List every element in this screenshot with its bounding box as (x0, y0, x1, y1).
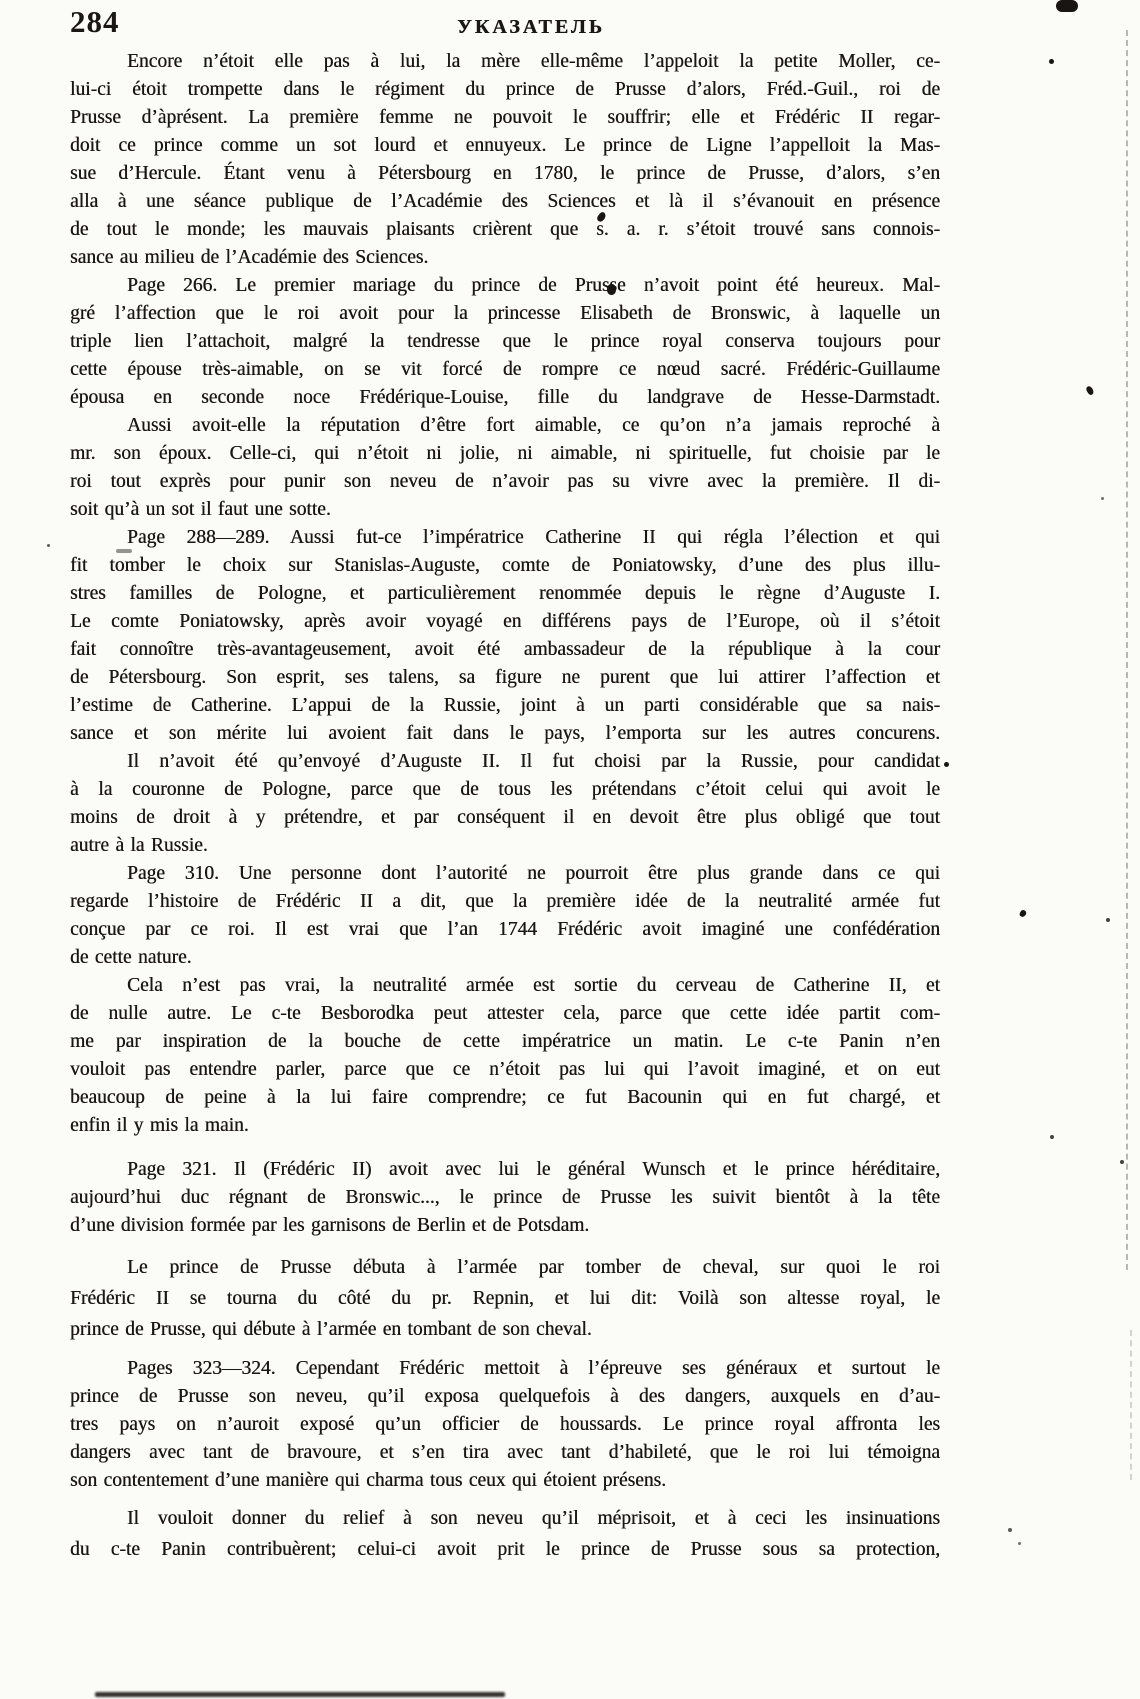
text-line: à la couronne de Pologne, parce que de t… (70, 776, 940, 804)
text-line: vouloit pas entendre parler, parce que c… (70, 1056, 940, 1084)
text-line: regarde l’histoire de Frédéric II a dit,… (70, 888, 940, 916)
text-line: d’une division formée par les garnisons … (70, 1212, 940, 1240)
text-line: épousa en seconde noce Frédérique-Louise… (70, 384, 940, 412)
text-line: Pages 323—324. Cependant Frédéric mettoi… (70, 1355, 940, 1383)
text-line: conçue par ce roi. Il est vrai que l’an … (70, 916, 940, 944)
scan-speck (1019, 909, 1027, 918)
text-line: fit tomber le choix sur Stanislas-August… (70, 552, 940, 580)
paragraph: Le prince de Prusse débuta à l’armée par… (70, 1252, 940, 1345)
text-block: Encore n’étoit elle pas à lui, la mère e… (70, 48, 940, 1565)
text-line: tres pays on n’auroit exposé qu’un offic… (70, 1411, 940, 1439)
scan-edge-line (1126, 30, 1128, 1270)
text-line: triple lien l’attachoit, malgré la tendr… (70, 328, 940, 356)
text-line: Aussi avoit-elle la réputation d’être fo… (70, 412, 940, 440)
scan-edge-line (1130, 1330, 1132, 1480)
text-line: lui-ci étoit trompette dans le régiment … (70, 76, 940, 104)
text-line: prince de Prusse, qui débute à l’armée e… (70, 1314, 940, 1345)
text-line: aujourd’hui duc régnant de Bronswic..., … (70, 1184, 940, 1212)
scan-speck (1018, 1542, 1021, 1545)
scan-smudge (95, 1692, 505, 1697)
text-line: autre à la Russie. (70, 832, 940, 860)
text-line: Le comte Poniatowsky, après avoir voyagé… (70, 608, 940, 636)
text-line: sance au milieu de l’Académie des Scienc… (70, 244, 940, 272)
scan-speck (1120, 1160, 1124, 1164)
text-line: Page 321. Il (Frédéric II) avoit avec lu… (70, 1156, 940, 1184)
scan-speck (1056, 0, 1078, 12)
paragraph: Page 266. Le premier mariage du prince d… (70, 272, 940, 412)
scan-speck (1101, 497, 1104, 500)
running-title: УКАЗАТЕЛЬ (457, 16, 605, 39)
text-line: de cette nature. (70, 944, 940, 972)
scan-speck (1008, 1528, 1012, 1532)
scan-speck (47, 544, 50, 547)
text-line: alla à une séance publique de l’Académie… (70, 188, 940, 216)
paragraph: Page 321. Il (Frédéric II) avoit avec lu… (70, 1156, 940, 1240)
paragraph: Il n’avoit été qu’envoyé d’Auguste II. I… (70, 748, 940, 860)
text-line: enfin il y mis la main. (70, 1112, 940, 1140)
text-line: Page 288—289. Aussi fut-ce l’impératrice… (70, 524, 940, 552)
text-line: prince de Prusse son neveu, qu’il exposa… (70, 1383, 940, 1411)
text-line: Page 310. Une personne dont l’autorité n… (70, 860, 940, 888)
text-line: sue d’Hercule. Étant venu à Pétersbourg … (70, 160, 940, 188)
text-line: de Pétersbourg. Son esprit, ses talens, … (70, 664, 940, 692)
text-line: de nulle autre. Le c-te Besborodka peut … (70, 1000, 940, 1028)
text-line: son contentement d’une manière qui charm… (70, 1467, 940, 1495)
text-line: stres familles de Pologne, et particuliè… (70, 580, 940, 608)
text-line: beaucoup de peine à la lui faire compren… (70, 1084, 940, 1112)
scan-speck (116, 549, 132, 553)
paragraph: Pages 323—324. Cependant Frédéric mettoi… (70, 1355, 940, 1495)
paragraph: Cela n’est pas vrai, la neutralité armée… (70, 972, 940, 1140)
text-line: roi tout exprès pour punir son neveu de … (70, 468, 940, 496)
text-line: me par inspiration de la bouche de cette… (70, 1028, 940, 1056)
text-line: soit qu’à un sot il faut une sotte. (70, 496, 940, 524)
paragraph: Il vouloit donner du relief à son neveu … (70, 1503, 940, 1565)
text-line: l’estime de Catherine. L’appui de la Rus… (70, 692, 940, 720)
text-line: de tout le monde; les mauvais plaisants … (70, 216, 940, 244)
text-line: sance et son mérite lui avoient fait dan… (70, 720, 940, 748)
text-line: mr. son époux. Celle-ci, qui n’étoit ni … (70, 440, 940, 468)
text-line: Encore n’étoit elle pas à lui, la mère e… (70, 48, 940, 76)
scan-speck (1106, 918, 1110, 922)
text-line: Prusse d’àprésent. La première femme ne … (70, 104, 940, 132)
text-line: dangers avec tant de bravoure, et s’en t… (70, 1439, 940, 1467)
paragraph: Encore n’étoit elle pas à lui, la mère e… (70, 48, 940, 272)
text-line: doit ce prince comme un sot lourd et enn… (70, 132, 940, 160)
text-line: du c-te Panin contribuèrent; celui-ci av… (70, 1534, 940, 1565)
paragraph: Page 288—289. Aussi fut-ce l’impératrice… (70, 524, 940, 748)
text-line: Cela n’est pas vrai, la neutralité armée… (70, 972, 940, 1000)
page-number: 284 (70, 4, 120, 40)
text-line: fait connoître très-avantageusement, avo… (70, 636, 940, 664)
scan-speck (1049, 59, 1054, 64)
scan-speck (1050, 1135, 1054, 1139)
text-line: moins de droit à y prétendre, et par con… (70, 804, 940, 832)
text-line: cette épouse très-aimable, on se vit for… (70, 356, 940, 384)
page-header: 284 УКАЗАТЕЛЬ (0, 0, 1140, 48)
scan-speck (607, 284, 616, 295)
paragraph: Page 310. Une personne dont l’autorité n… (70, 860, 940, 972)
scan-speck (944, 762, 949, 767)
text-line: gré l’affection que le roi avoit pour la… (70, 300, 940, 328)
text-line: Page 266. Le premier mariage du prince d… (70, 272, 940, 300)
text-line: Il n’avoit été qu’envoyé d’Auguste II. I… (70, 748, 940, 776)
text-line: Le prince de Prusse débuta à l’armée par… (70, 1252, 940, 1283)
text-line: Il vouloit donner du relief à son neveu … (70, 1503, 940, 1534)
paragraph: Aussi avoit-elle la réputation d’être fo… (70, 412, 940, 524)
scan-speck (1085, 385, 1095, 396)
text-line: Frédéric II se tourna du côté du pr. Rep… (70, 1283, 940, 1314)
